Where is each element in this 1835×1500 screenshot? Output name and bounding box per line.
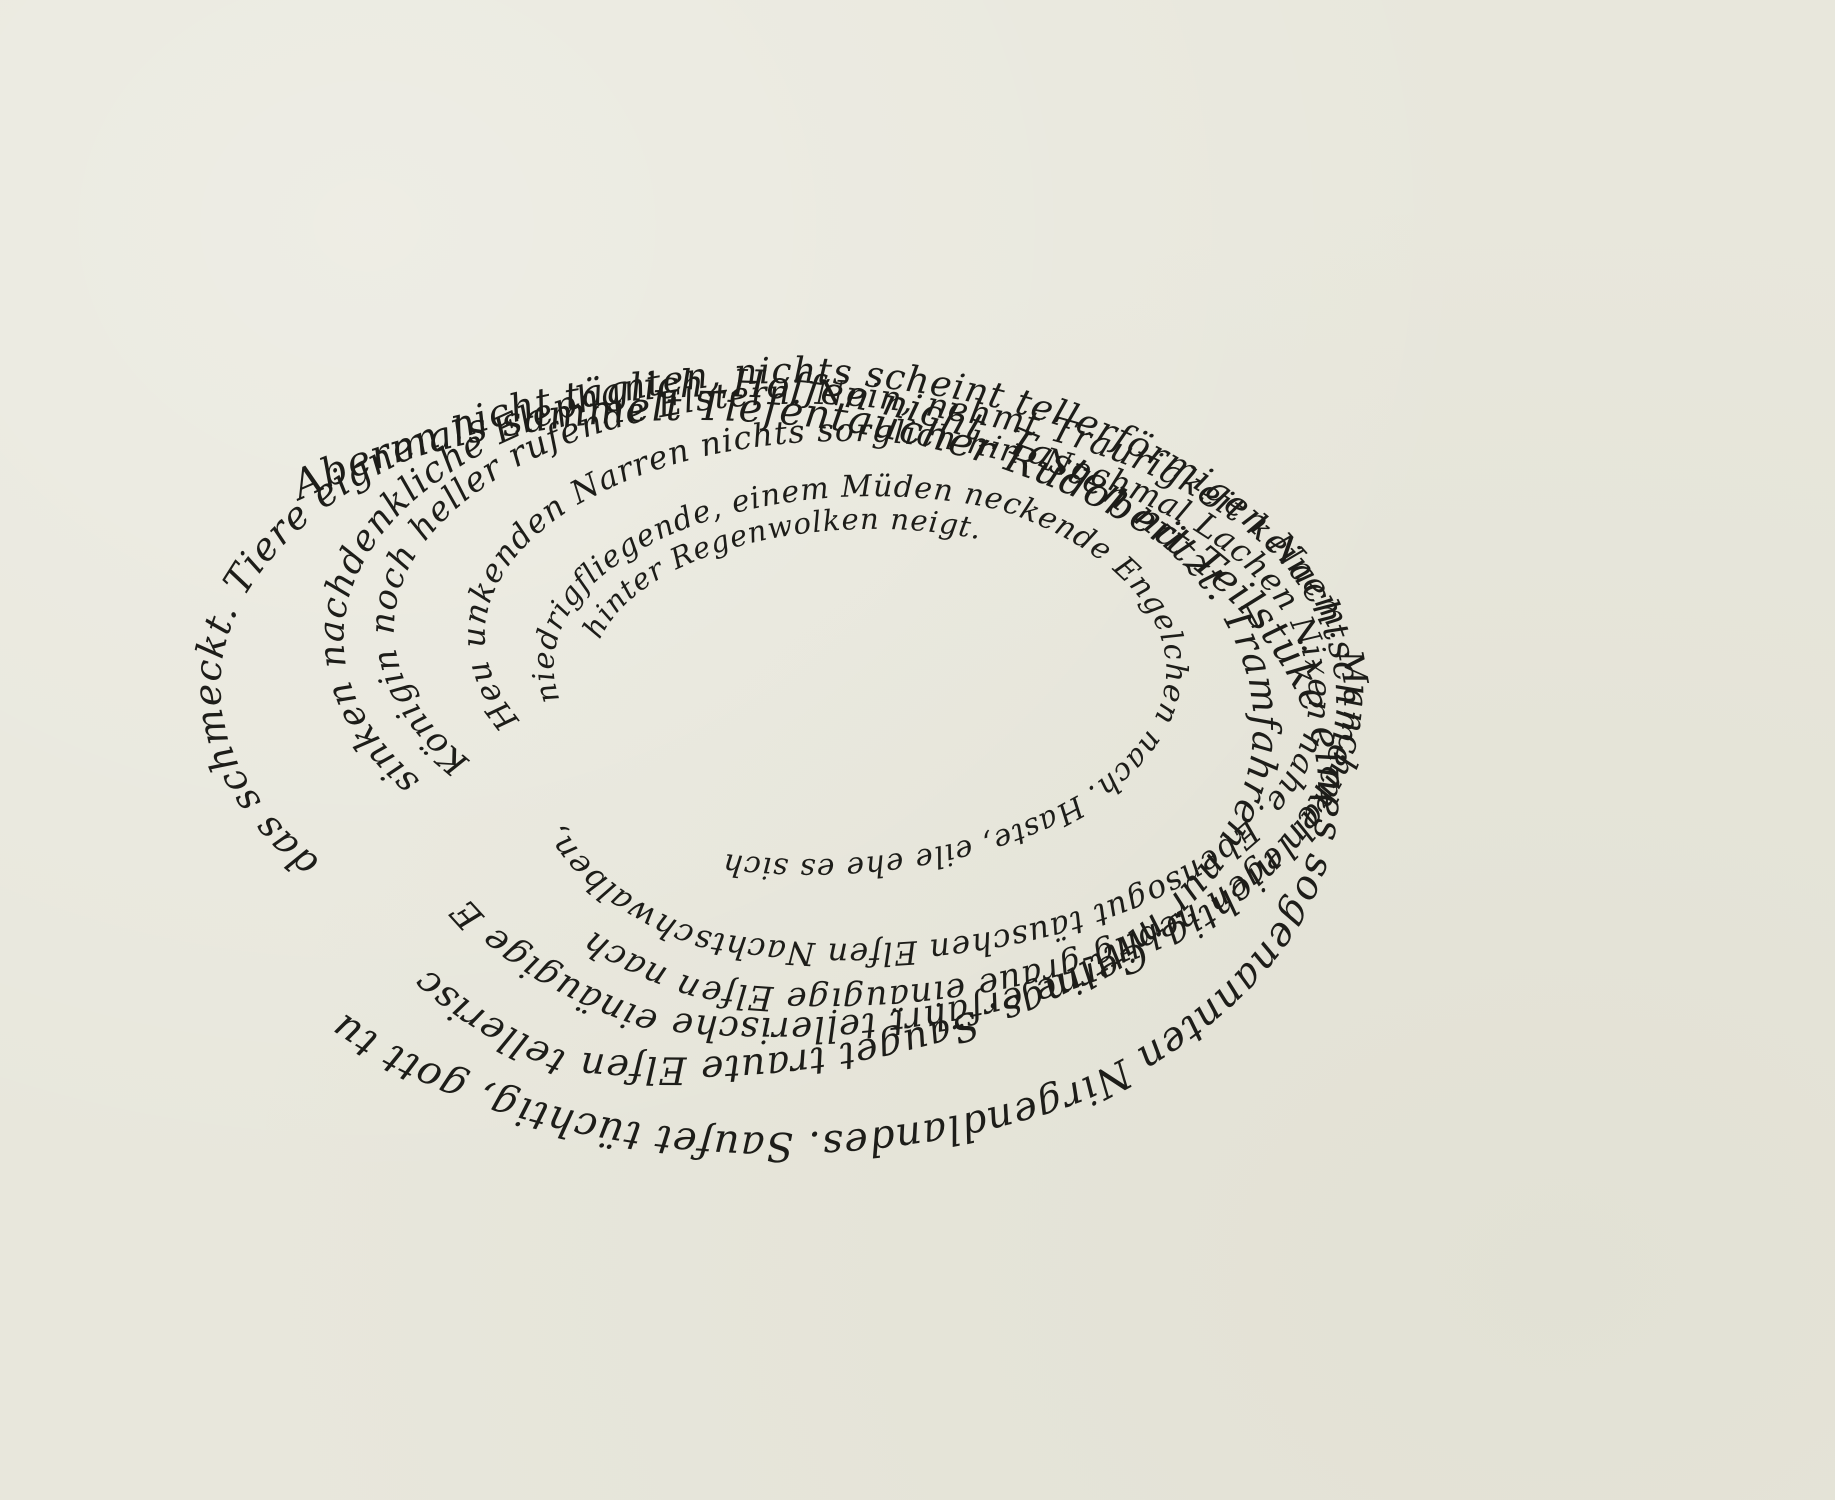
spiral-text-artwork: Abermals sammelt Tiefentaucher Rudobert …	[0, 0, 1835, 1500]
paper-background: Abermals sammelt Tiefentaucher Rudobert …	[0, 0, 1835, 1500]
